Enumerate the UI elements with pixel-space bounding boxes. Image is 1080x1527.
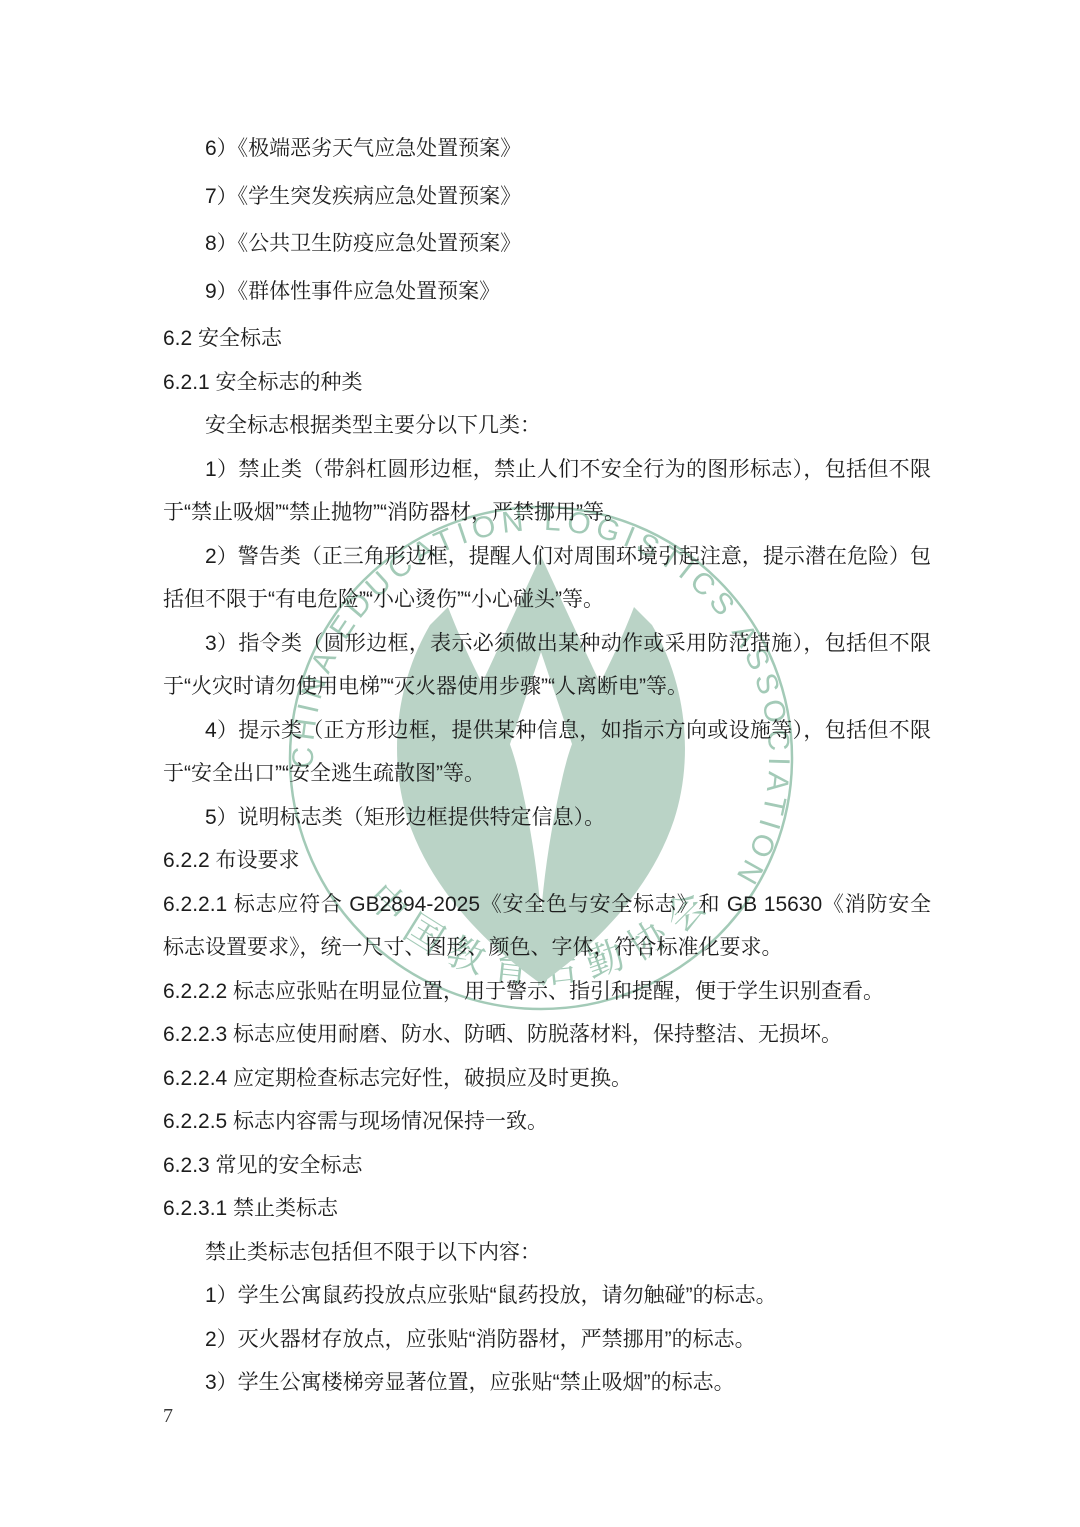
paragraph: 6.2.2.4 应定期检查标志完好性，破损应及时更换。 — [163, 1057, 931, 1101]
paragraph: 1）学生公寓鼠药投放点应张贴“鼠药投放，请勿触碰”的标志。 — [163, 1274, 931, 1318]
paragraph: 4）提示类（正方形边框，提供某种信息，如指示方向或设施等），包括但不限于“安全出… — [163, 709, 931, 796]
paragraph: 9）《群体性事件应急处置预案》 — [163, 270, 931, 314]
paragraph: 2）警告类（正三角形边框，提醒人们对周围环境引起注意，提示潜在危险）包括但不限于… — [163, 535, 931, 622]
paragraph: 6.2.3 常见的安全标志 — [163, 1144, 931, 1188]
paragraph: 2）灭火器材存放点，应张贴“消防器材，严禁挪用”的标志。 — [163, 1318, 931, 1362]
text-block: 6）《极端恶劣天气应急处置预案》7）《学生突发疾病应急处置预案》8）《公共卫生防… — [163, 127, 931, 1405]
paragraph: 安全标志根据类型主要分以下几类： — [163, 404, 931, 448]
document-page: CHINA EDUCATION LOGISTICS ASSOCIATION 中国… — [0, 0, 1080, 1527]
paragraph: 7）《学生突发疾病应急处置预案》 — [163, 175, 931, 219]
paragraph: 6.2 安全标志 — [163, 317, 931, 361]
page-number: 7 — [163, 1405, 173, 1428]
paragraph: 6.2.2.2 标志应张贴在明显位置，用于警示、指引和提醒，便于学生识别查看。 — [163, 970, 931, 1014]
paragraph: 5）说明标志类（矩形边框提供特定信息）。 — [163, 796, 931, 840]
paragraph: 6.2.3.1 禁止类标志 — [163, 1187, 931, 1231]
paragraph: 3）学生公寓楼梯旁显著位置，应张贴“禁止吸烟”的标志。 — [163, 1361, 931, 1405]
paragraph: 6.2.2.1 标志应符合 GB2894-2025《安全色与安全标志》和 GB … — [163, 883, 931, 970]
paragraph: 1）禁止类（带斜杠圆形边框，禁止人们不安全行为的图形标志），包括但不限于“禁止吸… — [163, 448, 931, 535]
paragraph: 6.2.2.5 标志内容需与现场情况保持一致。 — [163, 1100, 931, 1144]
paragraph: 6.2.1 安全标志的种类 — [163, 361, 931, 405]
paragraph: 禁止类标志包括但不限于以下内容： — [163, 1231, 931, 1275]
paragraph: 8）《公共卫生防疫应急处置预案》 — [163, 222, 931, 266]
paragraph: 6）《极端恶劣天气应急处置预案》 — [163, 127, 931, 171]
paragraph: 6.2.2.3 标志应使用耐磨、防水、防晒、防脱落材料，保持整洁、无损坏。 — [163, 1013, 931, 1057]
paragraph: 6.2.2 布设要求 — [163, 839, 931, 883]
paragraph: 3）指令类（圆形边框，表示必须做出某种动作或采用防范措施），包括但不限于“火灾时… — [163, 622, 931, 709]
